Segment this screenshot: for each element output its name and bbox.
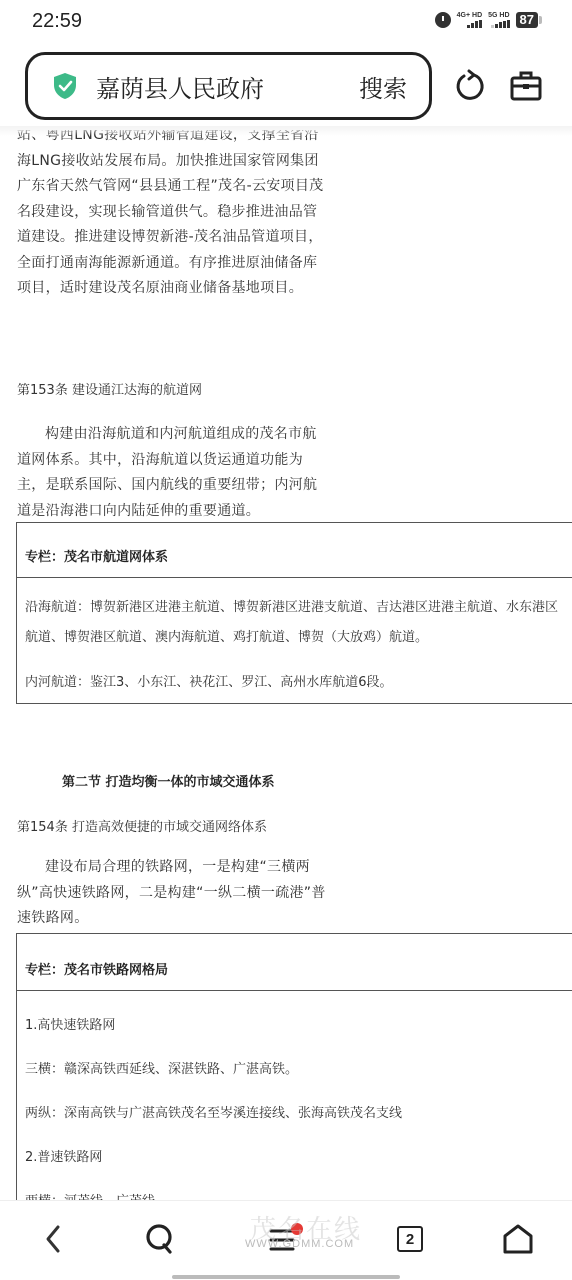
back-button[interactable] (34, 1219, 74, 1259)
shield-check-icon (52, 72, 78, 100)
tabs-button[interactable]: 2 (390, 1219, 430, 1259)
watermark-text: WWW.GDMM.COM (245, 1238, 354, 1250)
box-line: 内河航道：鉴江3、小东江、袂花江、罗江、高州水库航道6段。 (25, 668, 570, 698)
page-title[interactable]: 嘉荫县人民政府 (96, 69, 359, 104)
railway-box: 专栏：茂名市铁路网格局 1.高快速铁路网 三横：赣深高铁西延线、深湛铁路、广湛高… (16, 933, 572, 1200)
address-bar[interactable]: 嘉荫县人民政府 搜索 (25, 52, 432, 120)
article-title: 第153条 建设通江达海的航道网 (17, 379, 202, 398)
toolbox-button[interactable] (508, 68, 544, 104)
waterway-box: 专栏：茂名市航道网体系 沿海航道：博贺新港区进港主航道、博贺新港区进港支航道、吉… (16, 522, 572, 704)
network-label: 4G+ HD (457, 12, 482, 20)
paragraph: 构建由沿海航道和内河航道组成的茂名市航道网体系。其中，沿海航道以货运通道功能为主… (17, 422, 327, 524)
article-title: 第154条 打造高效便捷的市域交通网络体系 (17, 816, 267, 835)
alarm-icon (435, 12, 451, 28)
home-button[interactable] (498, 1219, 538, 1259)
box-line: 两纵：深南高铁与广湛高铁茂名至岑溪连接线、张海高铁茂名支线 (25, 1099, 570, 1129)
refresh-icon (453, 69, 487, 103)
toolbox-icon (509, 69, 543, 103)
status-bar: 22:59 4G+ HD 5G HD 87 (0, 0, 572, 44)
signal-icon: 5G HD (488, 12, 509, 28)
search-nav-button[interactable] (140, 1219, 180, 1259)
box-header: 专栏：茂名市铁路网格局 (17, 934, 572, 991)
home-icon (502, 1223, 534, 1255)
bottom-nav: 2 茂名在线 WWW.GDMM.COM (0, 1200, 572, 1280)
box-line: 2.普速铁路网 (25, 1143, 570, 1173)
home-indicator[interactable] (172, 1275, 400, 1279)
box-title: 专栏：茂名市铁路网格局 (25, 959, 168, 978)
box-line: 三横：赣深高铁西延线、深湛铁路、广湛高铁。 (25, 1055, 570, 1085)
refresh-button[interactable] (452, 68, 488, 104)
tabs-icon: 2 (397, 1226, 423, 1252)
box-header: 专栏：茂名市航道网体系 (17, 523, 572, 578)
signal-icon: 4G+ HD (457, 12, 482, 28)
header-shadow (0, 126, 572, 136)
box-line: 航道、博贺港区航道、澳内海航道、鸡打航道、博贺（大放鸡）航道。 (25, 623, 570, 653)
search-icon (144, 1223, 176, 1255)
status-icons: 4G+ HD 5G HD 87 (435, 12, 538, 28)
status-time: 22:59 (32, 10, 82, 33)
box-line: 沿海航道：博贺新港区进港主航道、博贺新港区进港支航道、吉达港区进港主航道、水东港… (25, 593, 570, 623)
search-button[interactable]: 搜索 (359, 69, 407, 104)
paragraph: 建设布局合理的铁路网，一是构建“三横两纵”高快速铁路网，二是构建“一纵二横一疏港… (17, 855, 327, 932)
section-title: 第二节 打造均衡一体的市域交通体系 (62, 771, 275, 790)
battery-icon: 87 (516, 12, 538, 28)
paragraph: 站、粤西LNG接收站外输管道建设，支撑全省沿海LNG接收站发展布局。加快推进国家… (17, 130, 327, 302)
page-content[interactable]: 站、粤西LNG接收站外输管道建设，支撑全省沿海LNG接收站发展布局。加快推进国家… (0, 130, 572, 1200)
network-label: 5G HD (488, 12, 509, 20)
box-line: 1.高快速铁路网 (25, 1011, 570, 1041)
box-line: 两横：河茂线、广茂线 (25, 1187, 570, 1200)
box-title: 专栏：茂名市航道网体系 (25, 546, 168, 565)
chevron-left-icon (42, 1224, 66, 1254)
